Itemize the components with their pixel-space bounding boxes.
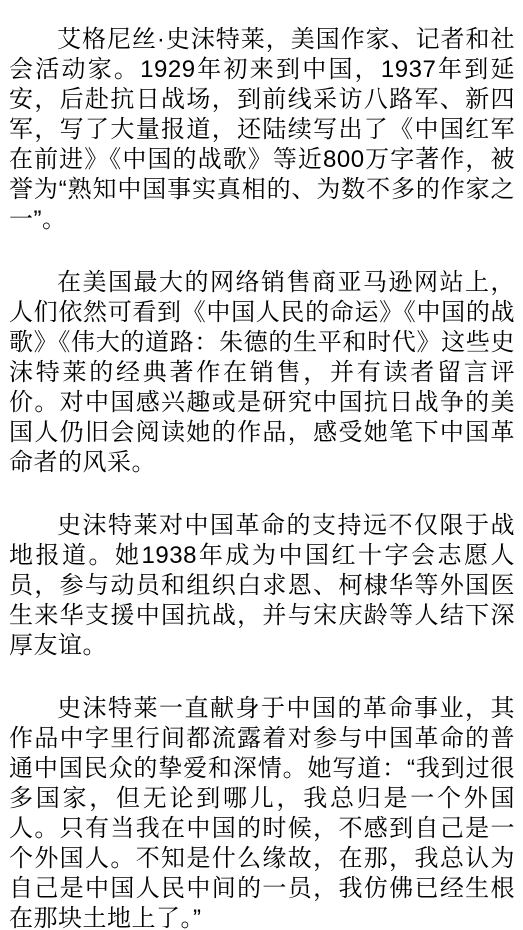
document-page: 艾格尼丝·史沫特莱，美国作家、记者和社会活动家。1929年初来到中国，1937年…	[0, 0, 523, 930]
paragraph-amazon-books: 在美国最大的网络销售商亚马逊网站上，人们依然可看到《中国人民的命运》《中国的战歌…	[9, 268, 515, 478]
article-body: 艾格尼丝·史沫特莱，美国作家、记者和社会活动家。1929年初来到中国，1937年…	[9, 25, 515, 930]
paragraph-red-cross: 史沫特莱对中国革命的支持远不仅限于战地报道。她1938年成为中国红十字会志愿人员…	[9, 511, 515, 661]
paragraph-devotion-quote: 史沫特莱一直献身于中国的革命事业，其作品中字里行间都流露着对参与中国革命的普通中…	[9, 694, 515, 930]
paragraph-intro: 艾格尼丝·史沫特莱，美国作家、记者和社会活动家。1929年初来到中国，1937年…	[9, 25, 515, 235]
